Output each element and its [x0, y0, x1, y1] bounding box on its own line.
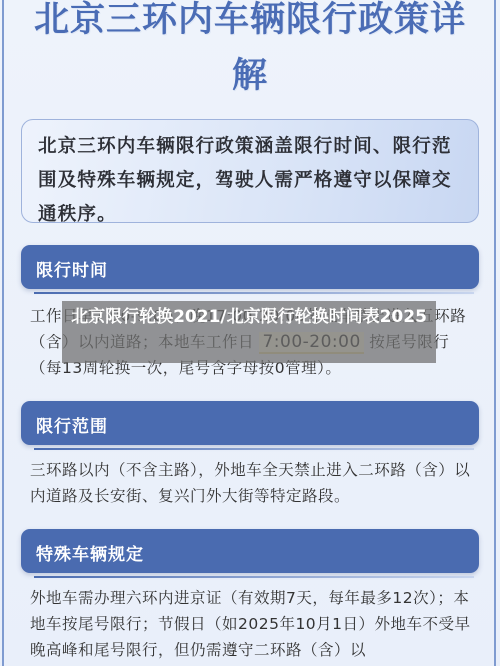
divider [34, 448, 474, 450]
page-title-line2: 解 [0, 48, 500, 98]
overlay-caption: 北京限行轮换2021/北京限行轮换时间表2025 [62, 301, 436, 363]
section-title: 限行时间 [36, 256, 108, 281]
divider [34, 292, 474, 294]
section-body-special: 外地车需办理六环内进京证（有效期7天，每年最多12次）；本地车按尾号限行；节假日… [30, 585, 475, 663]
page-title-line1: 北京三环内车辆限行政策详 [0, 0, 500, 42]
section-header-special: 特殊车辆规定 [21, 529, 479, 573]
section-header-time: 限行时间 [21, 245, 479, 289]
divider [34, 576, 474, 578]
section-header-range: 限行范围 [21, 401, 479, 445]
summary-box: 北京三环内车辆限行政策涵盖限行时间、限行范围及特殊车辆规定，驾驶人需严格遵守以保… [21, 119, 479, 223]
section-body-range: 三环路以内（不含主路），外地车全天禁止进入二环路（含）以内道路及长安街、复兴门外… [30, 457, 475, 509]
section-title: 限行范围 [36, 412, 108, 437]
section-title: 特殊车辆规定 [36, 540, 144, 565]
